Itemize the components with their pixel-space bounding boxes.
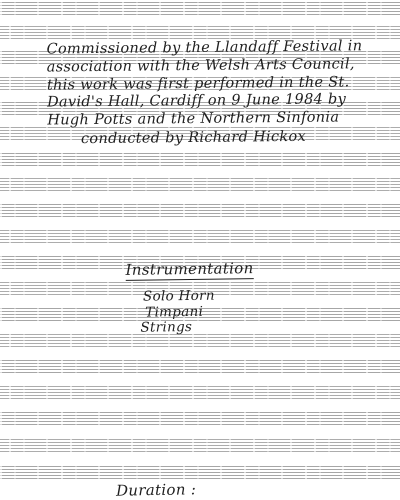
stave xyxy=(0,26,400,39)
instrumentation-item: Timpani xyxy=(145,304,254,321)
stave xyxy=(0,334,400,347)
manuscript-page: Commissioned by the Llandaff Festival in… xyxy=(0,0,400,500)
instrumentation-list: Solo Horn Timpani Strings xyxy=(126,288,255,336)
stave xyxy=(0,153,400,166)
instrumentation-item: Solo Horn xyxy=(143,288,254,305)
stave xyxy=(0,412,400,425)
stave xyxy=(0,204,400,217)
instrumentation-heading: Instrumentation xyxy=(125,259,253,281)
instrumentation-section: Instrumentation Solo Horn Timpani String… xyxy=(125,258,254,336)
stave xyxy=(0,439,400,452)
stave xyxy=(0,466,400,479)
dedication-line: conducted by Richard Hickox xyxy=(47,128,339,149)
stave xyxy=(0,178,400,191)
stave xyxy=(0,386,400,399)
dedication-text: Commissioned by the Llandaff Festival in… xyxy=(46,38,339,149)
stave xyxy=(0,2,400,15)
instrumentation-item: Strings xyxy=(140,319,254,336)
stave xyxy=(0,230,400,243)
dedication-line: Hugh Potts and the Northern Sinfonia xyxy=(47,110,339,131)
duration-label: Duration : xyxy=(116,480,196,499)
stave xyxy=(0,360,400,373)
